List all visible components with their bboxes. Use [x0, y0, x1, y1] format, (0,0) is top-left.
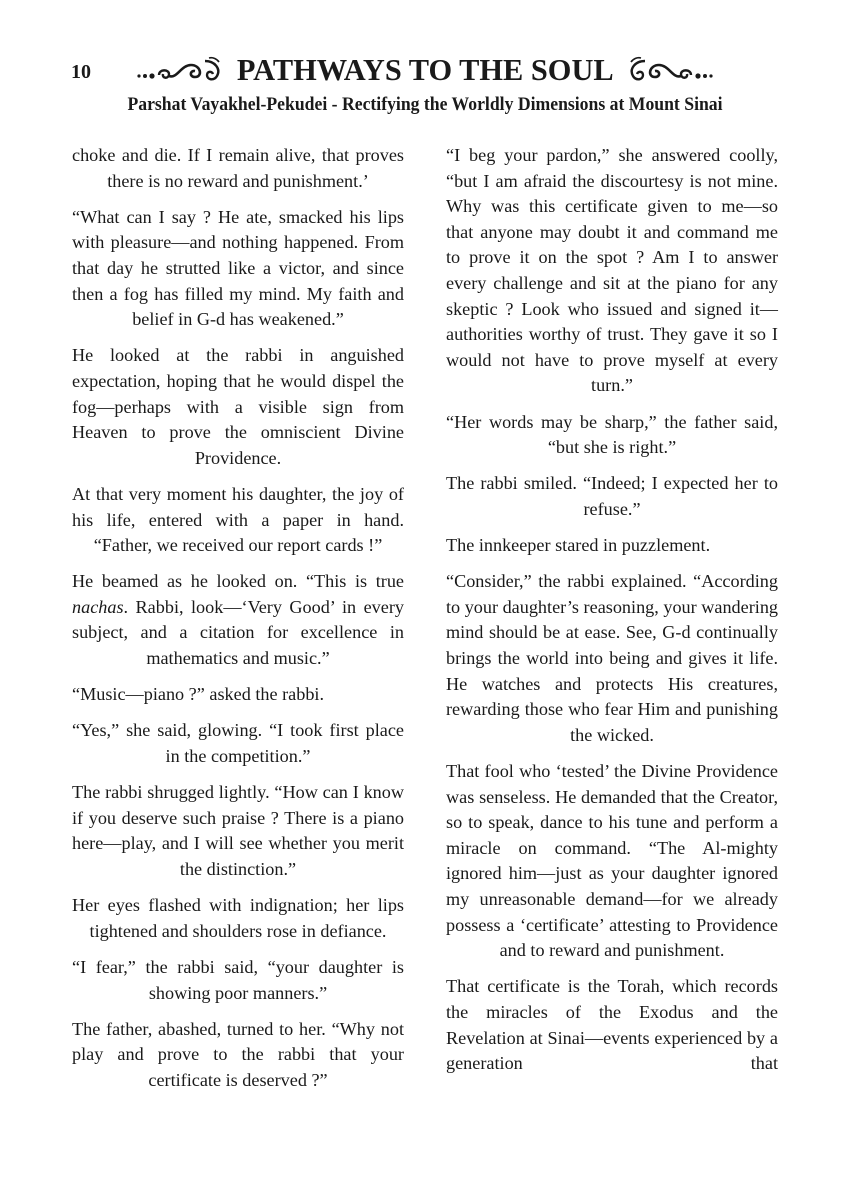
paragraph: That certificate is the Torah, which rec…: [446, 974, 778, 1076]
paragraph: “I fear,” the rabbi said, “your daughter…: [72, 955, 404, 1006]
left-column: choke and die. If I remain alive, that p…: [72, 143, 404, 1104]
paragraph: The rabbi smiled. “Indeed; I expected he…: [446, 471, 778, 522]
paragraph: choke and die. If I remain alive, that p…: [72, 143, 404, 194]
right-column: “I beg your pardon,” she answered coolly…: [446, 143, 778, 1087]
paragraph: At that very moment his daughter, the jo…: [72, 482, 404, 559]
flourish-ornament-left-icon: [135, 55, 227, 85]
paragraph: “Her words may be sharp,” the father sai…: [446, 410, 778, 461]
flourish-ornament-right-icon: [623, 55, 715, 85]
paragraph: The father, abashed, turned to her. “Why…: [72, 1017, 404, 1094]
paragraph: The rabbi shrugged lightly. “How can I k…: [72, 780, 404, 882]
article-subtitle: Parshat Vayakhel-Pekudei - Rectifying th…: [86, 92, 765, 118]
paragraph: “I beg your pardon,” she answered coolly…: [446, 143, 778, 399]
paragraph: “What can I say ? He ate, smacked his li…: [72, 205, 404, 333]
page-number: 10: [71, 60, 91, 84]
paragraph: “Music—piano ?” asked the rabbi.: [72, 682, 404, 708]
paragraph: He beamed as he looked on. “This is true…: [72, 569, 404, 671]
italic-term: nachas: [72, 597, 124, 617]
publication-title: PATHWAYS TO THE SOUL: [237, 52, 614, 88]
paragraph: That fool who ‘tested’ the Divine Provid…: [446, 759, 778, 964]
paragraph: The innkeeper stared in puzzlement.: [446, 533, 778, 559]
paragraph: “Yes,” she said, glowing. “I took first …: [72, 718, 404, 769]
paragraph: Her eyes flashed with indignation; her l…: [72, 893, 404, 944]
paragraph: He looked at the rabbi in anguished expe…: [72, 343, 404, 471]
paragraph-text: He beamed as he looked on. “This is true: [72, 571, 404, 591]
masthead: PATHWAYS TO THE SOUL: [130, 50, 720, 90]
paragraph: “Consider,” the rabbi explained. “Accord…: [446, 569, 778, 748]
